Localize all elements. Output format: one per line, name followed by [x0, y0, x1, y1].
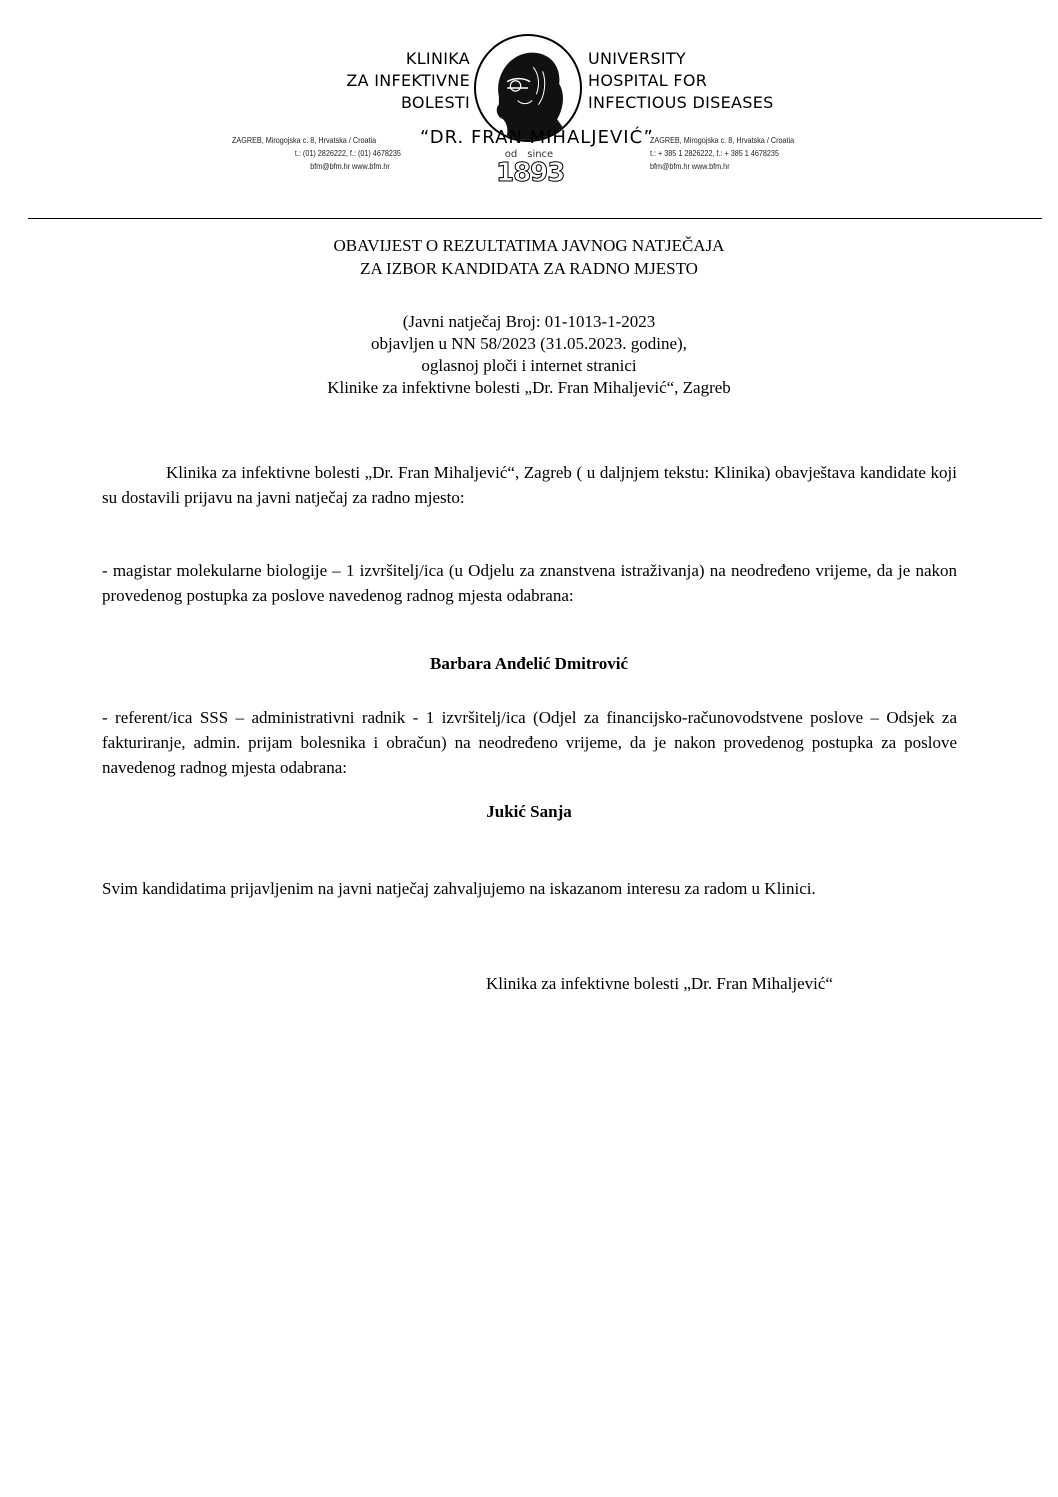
letterhead-line: HOSPITAL FOR — [588, 70, 774, 92]
letterhead-line: UNIVERSITY — [588, 48, 774, 70]
address-line: ZAGREB, Mirogojska c. 8, Hrvatska / Croa… — [650, 134, 794, 147]
position-description: - magistar molekularne biologije – 1 izv… — [102, 558, 957, 608]
competition-reference: (Javni natječaj Broj: 01-1013-1-2023 obj… — [0, 311, 1058, 399]
letterhead-line: BOLESTI — [346, 92, 470, 114]
contact-line: bfm@bfm.hr www.bfm.hr — [232, 160, 401, 173]
document-title: OBAVIJEST O REZULTATIMA JAVNOG NATJEČAJA… — [0, 234, 1058, 280]
founder-portrait-logo — [474, 34, 582, 142]
header-divider — [28, 218, 1042, 219]
founding-year: 1893 — [496, 158, 560, 188]
honoree-name: “DR. FRAN MIHALJEVIĆ” — [420, 127, 640, 148]
portrait-icon — [476, 36, 580, 140]
reference-line: (Javni natječaj Broj: 01-1013-1-2023 — [0, 311, 1058, 333]
thanks-paragraph: Svim kandidatima prijavljenim na javni n… — [102, 876, 957, 901]
title-line: ZA IZBOR KANDIDATA ZA RADNO MJESTO — [0, 257, 1058, 280]
address-en: ZAGREB, Mirogojska c. 8, Hrvatska / Croa… — [650, 134, 794, 173]
signature: Klinika za infektivne bolesti „Dr. Fran … — [486, 974, 833, 994]
letterhead-line: ZA INFEKTIVNE — [346, 70, 470, 92]
contact-line: bfm@bfm.hr www.bfm.hr — [650, 160, 794, 173]
reference-line: objavljen u NN 58/2023 (31.05.2023. godi… — [0, 333, 1058, 355]
selected-candidate: Barbara Anđelić Dmitrović — [0, 654, 1058, 674]
reference-line: Klinike za infektivne bolesti „Dr. Fran … — [0, 377, 1058, 399]
address-hr: ZAGREB, Mirogojska c. 8, Hrvatska / Croa… — [232, 134, 401, 173]
reference-line: oglasnoj ploči i internet stranici — [0, 355, 1058, 377]
phone-line: t.: + 385 1 2826222, f.: + 385 1 4678235 — [650, 147, 794, 160]
selected-candidate: Jukić Sanja — [0, 802, 1058, 822]
letterhead-name-en: UNIVERSITY HOSPITAL FOR INFECTIOUS DISEA… — [588, 48, 774, 114]
letterhead-name-hr: KLINIKA ZA INFEKTIVNE BOLESTI — [346, 48, 470, 114]
title-line: OBAVIJEST O REZULTATIMA JAVNOG NATJEČAJA — [0, 234, 1058, 257]
position-description: - referent/ica SSS – administrativni rad… — [102, 705, 957, 780]
address-line: ZAGREB, Mirogojska c. 8, Hrvatska / Croa… — [232, 134, 401, 147]
letterhead-line: INFECTIOUS DISEASES — [588, 92, 774, 114]
letterhead-line: KLINIKA — [346, 48, 470, 70]
phone-line: t.: (01) 2826222, f.: (01) 4678235 — [232, 147, 401, 160]
intro-paragraph: Klinika za infektivne bolesti „Dr. Fran … — [102, 460, 957, 510]
